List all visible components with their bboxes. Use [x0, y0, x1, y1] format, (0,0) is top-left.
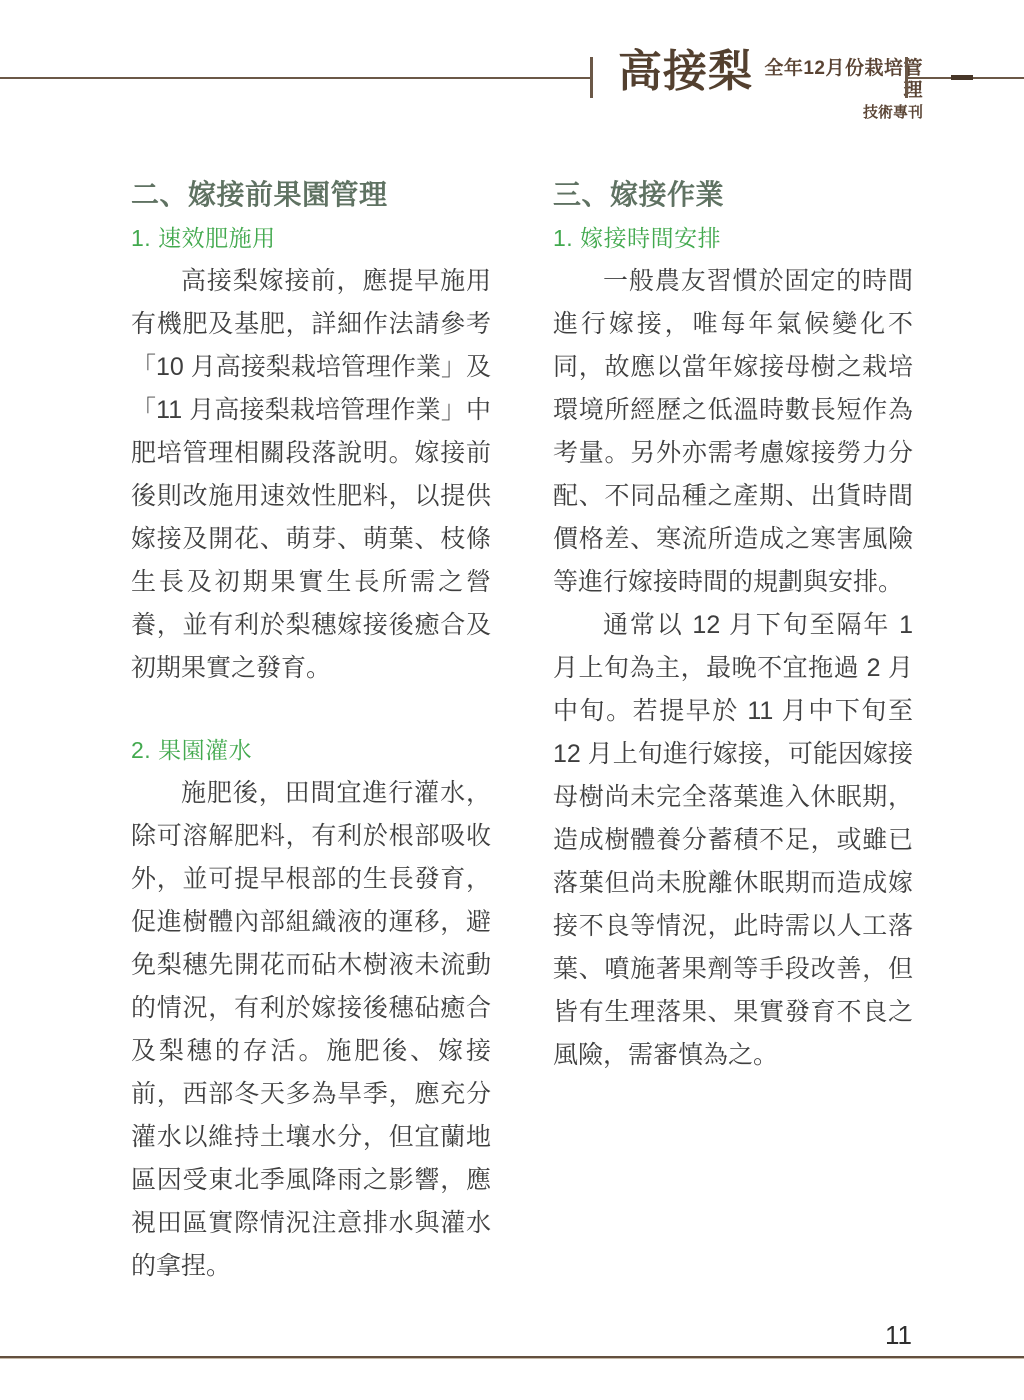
section-heading-orchard-management: 二、嫁接前果園管理 — [131, 178, 491, 212]
subsection-heading-orchard-irrigation: 2. 果園灌水 — [131, 736, 491, 764]
magazine-page: 高接梨 全年12月份栽培管理 技術專刊 二、嫁接前果園管理 1. 速效肥施用 高… — [0, 0, 1024, 1400]
masthead: 高接梨 全年12月份栽培管理 技術專刊 — [618, 48, 923, 122]
left-column: 二、嫁接前果園管理 1. 速效肥施用 高接梨嫁接前，應提早施用有機肥及基肥，詳細… — [131, 178, 491, 1288]
subsection-heading-quick-fertilizer: 1. 速效肥施用 — [131, 224, 491, 252]
paragraph-grafting-schedule-2: 通常以 12 月下旬至隔年 1 月上旬為主，最晚不宜拖過 2 月中旬。若提早於 … — [553, 604, 913, 1077]
publication-subtitle: 全年12月份栽培管理 技術專刊 — [763, 58, 923, 122]
paragraph-orchard-irrigation: 施肥後，田間宜進行灌水，除可溶解肥料，有利於根部吸收外，並可提早根部的生長發育，… — [131, 772, 491, 1288]
publication-title: 高接梨 — [618, 48, 753, 96]
paragraph-grafting-schedule-1: 一般農友習慣於固定的時間進行嫁接，唯每年氣候變化不同，故應以當年嫁接母樹之栽培環… — [553, 260, 913, 604]
header-rule-dash — [951, 75, 973, 80]
paragraph-quick-fertilizer: 高接梨嫁接前，應提早施用有機肥及基肥，詳細作法請參考「10 月高接梨栽培管理作業… — [131, 260, 491, 690]
publication-subtitle-line1: 全年12月份栽培管理 — [763, 58, 923, 102]
header-rule-left — [0, 77, 592, 79]
right-column: 三、嫁接作業 1. 嫁接時間安排 一般農友習慣於固定的時間進行嫁接，唯每年氣候變… — [553, 178, 913, 1288]
article-columns: 二、嫁接前果園管理 1. 速效肥施用 高接梨嫁接前，應提早施用有機肥及基肥，詳細… — [131, 178, 913, 1288]
publication-subtitle-line2: 技術專刊 — [763, 104, 923, 122]
subsection-heading-grafting-schedule: 1. 嫁接時間安排 — [553, 224, 913, 252]
header-tick-left — [590, 57, 593, 98]
section-heading-grafting-operation: 三、嫁接作業 — [553, 178, 913, 212]
footer-rule — [0, 1356, 1024, 1358]
page-number: 11 — [856, 1320, 912, 1351]
